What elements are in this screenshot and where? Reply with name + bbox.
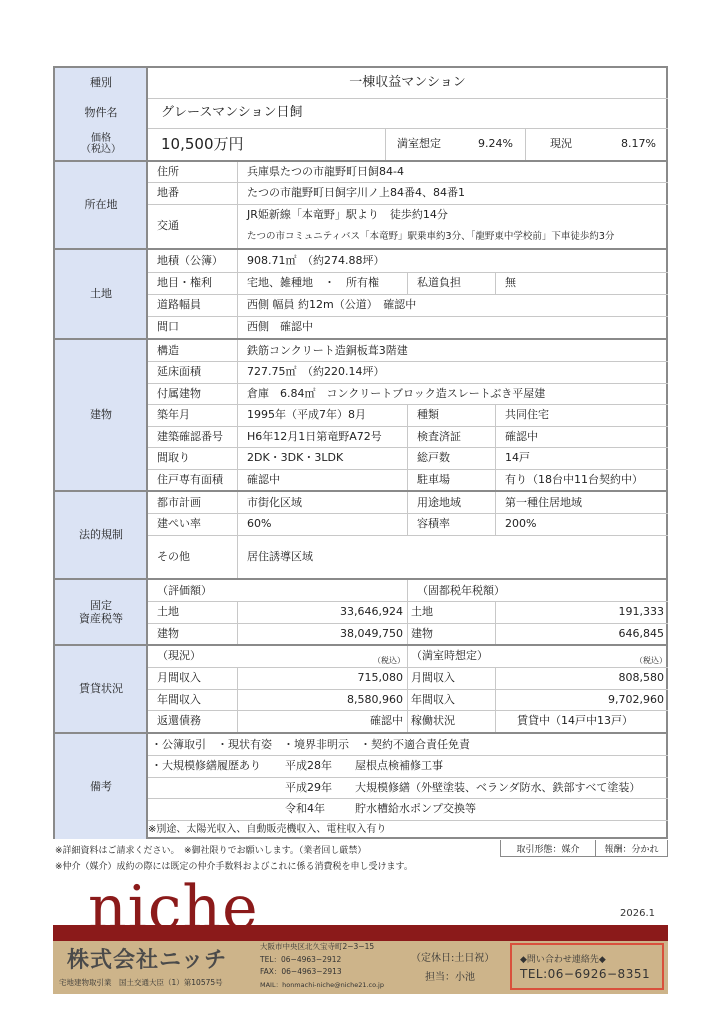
- company-tel: TEL：06−4963−2912: [260, 954, 384, 967]
- inspection-value: 確認中: [495, 426, 668, 447]
- type-value: 一棟収益マンション: [147, 68, 668, 98]
- repair-year: 平成28年: [285, 755, 355, 777]
- land-assessed-value: 33,646,924: [237, 601, 407, 623]
- company-fax: FAX：06−4963−2913: [260, 966, 384, 979]
- occupancy-value: 賃貸中（14戸中13戸）: [495, 710, 668, 732]
- divider: [525, 128, 526, 160]
- full-tax-incl: （税込）: [615, 646, 667, 667]
- coverage-value: 60%: [237, 513, 407, 535]
- occupancy-label: 稼働状況: [407, 710, 495, 732]
- zoning-value: 第一種住居地域: [495, 492, 668, 513]
- monthly-label: 月間収入: [147, 667, 237, 689]
- city-plan-value: 市街化区域: [237, 492, 407, 513]
- building-tax-value: 646,845: [495, 623, 668, 644]
- annex-value: 倉庫 6.84㎡ コンクリートブロック造スレートぶき平屋建: [237, 383, 668, 404]
- tax-section-label-line1: 固定: [90, 599, 112, 612]
- price-label-line2: （税込）: [81, 144, 121, 155]
- divider: [407, 646, 408, 732]
- divider: [385, 128, 386, 160]
- current-tax-incl: （税込）: [355, 646, 405, 667]
- units-value: 14戸: [495, 447, 668, 469]
- address-label: 住所: [147, 162, 237, 182]
- remarks-section-label: 備考: [55, 734, 147, 839]
- repair-work: 貯水槽給水ポンプ交換等: [355, 798, 668, 820]
- header-column-divider: [146, 68, 148, 839]
- annual-label: 年間収入: [147, 689, 237, 710]
- kind-label: 種類: [407, 404, 495, 426]
- unit-area-label: 住戸専有面積: [147, 469, 237, 490]
- company-address: 大阪市中央区北久宝寺町2−3−15: [260, 941, 384, 954]
- company-footer: 株式会社ニッチ 宅地建物取引業 国土交通大臣（1）第10575号 大阪市中央区北…: [53, 941, 668, 994]
- far-value: 200%: [495, 513, 668, 535]
- built-value: 1995年（平成7年）8月: [237, 404, 407, 426]
- tax-building-label-2: 建物: [407, 623, 495, 644]
- annual-current-value: 8,580,960: [237, 689, 407, 710]
- repair-work: 大規模修繕（外壁塗装、ベランダ防水、鉄部すべて塗装）: [355, 777, 668, 798]
- structure-value: 鉄筋コンクリート造銅板葺3階建: [237, 340, 668, 361]
- remarks-line1: ・公簿取引 ・現状有姿 ・境界非明示 ・契約不適合責任免責: [151, 734, 668, 755]
- holiday-text: （定休日:土日祝）: [411, 949, 494, 964]
- tax-building-label: 建物: [147, 623, 237, 644]
- divider: [237, 492, 238, 578]
- company-mail[interactable]: MAIL：honmachi-niche@niche21.co.jp: [260, 979, 384, 992]
- permit-label: 建築確認番号: [147, 426, 237, 447]
- parking-label: 駐車場: [407, 469, 495, 490]
- road-value: 西側 幅員 約12m（公道） 確認中: [237, 294, 668, 316]
- divider: [237, 340, 238, 490]
- land-category-label: 地目・権利: [147, 272, 237, 294]
- divider: [237, 667, 238, 732]
- issue-date: 2026.1: [620, 908, 655, 919]
- divider: [495, 667, 496, 732]
- divider: [237, 601, 238, 644]
- name-label: 物件名: [55, 98, 147, 128]
- tax-section-label-line2: 資産税等: [79, 612, 123, 625]
- tax-land-label: 土地: [147, 601, 237, 623]
- commission-badge: 報酬：分かれ: [596, 840, 668, 857]
- divider: [407, 492, 408, 535]
- inspection-label: 検査済証: [407, 426, 495, 447]
- transport-label: 交通: [147, 204, 237, 248]
- deposit-value: 確認中: [237, 710, 407, 732]
- layout-label: 間取り: [147, 447, 237, 469]
- price-label: 価格 （税込）: [55, 128, 147, 160]
- divider: [237, 250, 238, 338]
- price-label-line1: 価格: [91, 133, 111, 144]
- other-value: 居住誘導区域: [237, 535, 668, 578]
- other-label: その他: [147, 535, 237, 578]
- type-label: 種別: [55, 68, 147, 98]
- annual-full-value: 9,702,960: [495, 689, 668, 710]
- land-area-value: 908.71㎡ （約274.88坪）: [237, 250, 668, 272]
- built-label: 築年月: [147, 404, 237, 426]
- structure-label: 構造: [147, 340, 237, 361]
- land-tax-value: 191,333: [495, 601, 668, 623]
- building-section-label: 建物: [55, 340, 147, 490]
- city-plan-label: 都市計画: [147, 492, 237, 513]
- brand-band: [53, 925, 668, 941]
- repair-year: 令和4年: [285, 798, 355, 820]
- footnote-1: ※詳細資料はご請求ください。 ※御社限りでお願いします。（業者回し厳禁）: [55, 843, 366, 856]
- property-sheet: 種別 一棟収益マンション 物件名 グレースマンション日飼 価格 （税込） 10,…: [53, 66, 668, 839]
- land-category-value: 宅地、雑種地 ・ 所有権: [237, 272, 407, 294]
- lot-label: 地番: [147, 182, 237, 204]
- floor-area-value: 727.75㎡ （約220.14坪）: [237, 361, 668, 383]
- tax-section-label: 固定 資産税等: [55, 580, 147, 644]
- divider: [495, 404, 496, 490]
- transport-line2: たつの市コミュニティバス「本竜野」駅乗車約3分、「龍野東中学校前」下車徒歩約3分: [237, 226, 668, 248]
- annex-label: 付属建物: [147, 383, 237, 404]
- building-assessed-value: 38,049,750: [237, 623, 407, 644]
- contact-phone[interactable]: TEL:06−6926−8351: [520, 967, 650, 981]
- address-value: 兵庫県たつの市龍野町日飼84-4: [237, 162, 668, 182]
- tax-land-label-2: 土地: [407, 601, 495, 623]
- road-label: 道路幅員: [147, 294, 237, 316]
- repair-year: 平成29年: [285, 777, 355, 798]
- contact-box: ◆問い合わせ連絡先◆ TEL:06−6926−8351: [510, 943, 664, 990]
- coverage-label: 建ぺい率: [147, 513, 237, 535]
- far-label: 容積率: [407, 513, 495, 535]
- price-value: 10,500万円: [147, 128, 385, 160]
- monthly-full-value: 808,580: [495, 667, 668, 689]
- location-section-label: 所在地: [55, 162, 147, 248]
- annual-label-2: 年間収入: [407, 689, 495, 710]
- remarks-repair-lead: ・大規模修繕履歴あり: [151, 755, 281, 777]
- contact-title: ◆問い合わせ連絡先◆: [520, 952, 606, 965]
- deposit-label: 返還債務: [147, 710, 237, 732]
- parking-value: 有り（18台中11台契約中）: [495, 469, 668, 490]
- footnote-2: ※仲介（媒介）成約の際には既定の仲介手数料およびこれに係る消費税を申し受けます。: [55, 859, 413, 872]
- full-header: （満室時想定）: [407, 646, 607, 667]
- remarks-extra: ※別途、太陽光収入、自動販売機収入、電柱収入有り: [148, 820, 668, 839]
- yield-current-label: 現況: [550, 128, 600, 160]
- legal-section-label: 法的規制: [55, 492, 147, 578]
- land-area-label: 地積（公簿）: [147, 250, 237, 272]
- assessed-header: （評価額）: [147, 580, 407, 601]
- permit-value: H6年12月1日第竜野A72号: [237, 426, 407, 447]
- transport-line1: JR姫新線「本竜野」駅より 徒歩約14分: [237, 204, 668, 226]
- divider: [495, 492, 496, 535]
- company-contact-block: 大阪市中央区北久宝寺町2−3−15 TEL：06−4963−2912 FAX：0…: [260, 941, 384, 991]
- divider: [495, 601, 496, 644]
- units-label: 総戸数: [407, 447, 495, 469]
- divider: [237, 162, 238, 248]
- private-road-value: 無: [495, 272, 668, 294]
- yield-current-value: 8.17%: [595, 128, 668, 160]
- company-name: 株式会社ニッチ: [67, 943, 227, 974]
- yield-full-value: 9.24%: [455, 128, 517, 160]
- frontage-label: 間口: [147, 316, 237, 338]
- divider: [407, 580, 408, 644]
- layout-value: 2DK・3DK・3LDK: [237, 447, 407, 469]
- unit-area-value: 確認中: [237, 469, 407, 490]
- rental-section-label: 賃貸状況: [55, 646, 147, 732]
- zoning-label: 用途地域: [407, 492, 495, 513]
- lot-value: たつの市龍野町日飼字川ノ上84番4、84番1: [237, 182, 668, 204]
- company-license: 宅地建物取引業 国土交通大臣（1）第10575号: [59, 977, 223, 988]
- floor-area-label: 延床面積: [147, 361, 237, 383]
- monthly-label-2: 月間収入: [407, 667, 495, 689]
- frontage-value: 西側 確認中: [237, 316, 668, 338]
- annual-tax-header: （固都税年税額）: [407, 580, 668, 601]
- repair-work: 屋根点検補修工事: [355, 755, 668, 777]
- divider: [407, 404, 408, 490]
- monthly-current-value: 715,080: [237, 667, 407, 689]
- private-road-label: 私道負担: [407, 272, 495, 294]
- deal-type-badge: 取引形態：媒介: [500, 840, 596, 857]
- staff-text: 担当：小池: [425, 968, 475, 983]
- property-name: グレースマンション日飼: [147, 98, 668, 128]
- kind-value: 共同住宅: [495, 404, 668, 426]
- land-section-label: 土地: [55, 250, 147, 338]
